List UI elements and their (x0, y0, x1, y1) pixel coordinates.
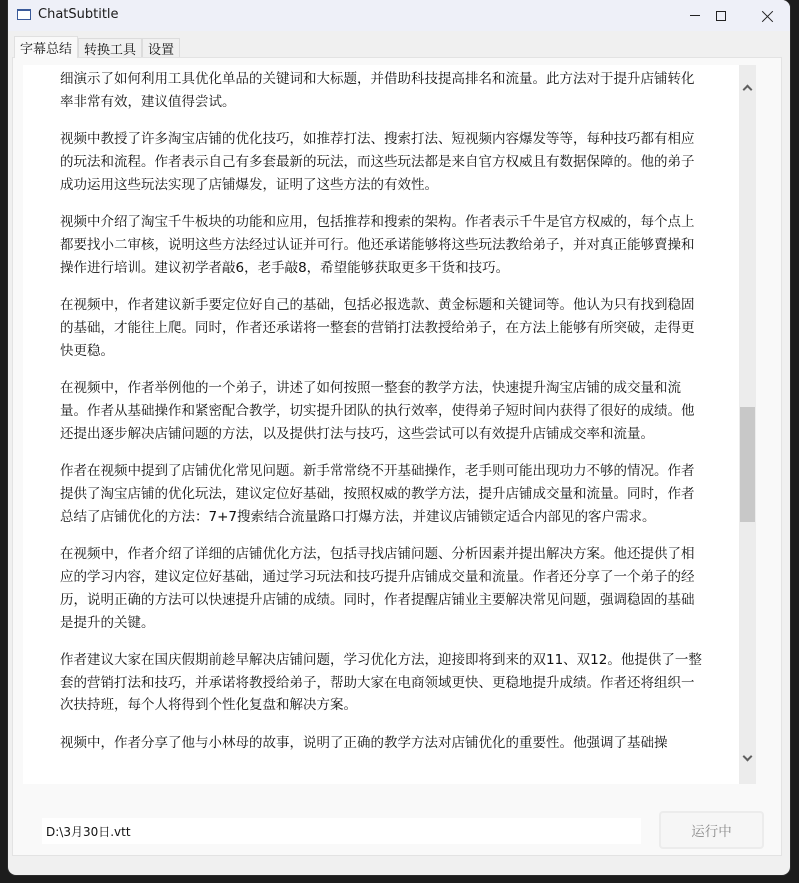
maximize-button[interactable] (698, 0, 744, 31)
summary-text-area[interactable]: 细演示了如何利用工具优化单品的关键词和大标题，并借助科技提高排名和流量。此方法对… (23, 65, 739, 784)
summary-paragraph: 在视频中，作者建议新手要定位好自己的基础，包括必报选款、黄金标题和关键词等。他认… (60, 294, 705, 362)
run-button[interactable]: 运行中 (659, 811, 764, 849)
window-title: ChatSubtitle (38, 7, 119, 22)
summary-paragraph: 在视频中，作者介绍了详细的店铺优化方法，包括寻找店铺问题、分析因素并提出解决方案… (60, 543, 705, 634)
chevron-down-icon (743, 752, 753, 762)
tab-conversion-tools[interactable]: 转换工具 (78, 38, 142, 58)
tab-bar: 字幕总结 转换工具 设置 (14, 36, 180, 58)
summary-paragraph: 细演示了如何利用工具优化单品的关键词和大标题，并借助科技提高排名和流量。此方法对… (60, 68, 705, 114)
title-bar[interactable]: ChatSubtitle (8, 0, 790, 31)
maximize-icon (716, 11, 726, 21)
scroll-up-button[interactable] (739, 79, 756, 96)
close-icon (762, 10, 774, 22)
tab-settings[interactable]: 设置 (142, 38, 180, 58)
app-window-icon (17, 9, 31, 20)
summary-paragraph: 视频中，作者分享了他与小林母的故事，说明了正确的教学方法对店铺优化的重要性。他强… (60, 732, 705, 755)
close-button[interactable] (745, 0, 790, 31)
tab-subtitle-summary[interactable]: 字幕总结 (14, 36, 78, 58)
summary-tab-pane: 细演示了如何利用工具优化单品的关键词和大标题，并借助科技提高排名和流量。此方法对… (12, 57, 782, 856)
summary-paragraph: 在视频中，作者举例他的一个弟子，讲述了如何按照一整套的教学方法，快速提升淘宝店铺… (60, 377, 705, 445)
summary-paragraph: 作者在视频中提到了店铺优化常见问题。新手常常绕不开基础操作，老手则可能出现功力不… (60, 460, 705, 528)
scrollbar-thumb[interactable] (740, 407, 755, 522)
summary-paragraph: 作者建议大家在国庆假期前趁早解决店铺问题，学习优化方法，迎接即将到来的双11、双… (60, 649, 705, 717)
vertical-scrollbar[interactable] (739, 65, 756, 784)
summary-paragraph: 视频中教授了许多淘宝店铺的优化技巧，如推荐打法、搜索打法、短视频内容爆发等等，每… (60, 128, 705, 196)
scroll-down-button[interactable] (739, 750, 756, 767)
subtitle-file-path-input[interactable] (42, 818, 641, 844)
summary-text: 细演示了如何利用工具优化单品的关键词和大标题，并借助科技提高排名和流量。此方法对… (60, 68, 705, 769)
app-window: ChatSubtitle 字幕总结 转换工具 设置 细演示了如何利用工具优化单品… (8, 0, 790, 875)
summary-paragraph: 视频中介绍了淘宝千牛板块的功能和应用，包括推荐和搜索的架构。作者表示千牛是官方权… (60, 211, 705, 279)
chevron-up-icon (743, 85, 753, 95)
